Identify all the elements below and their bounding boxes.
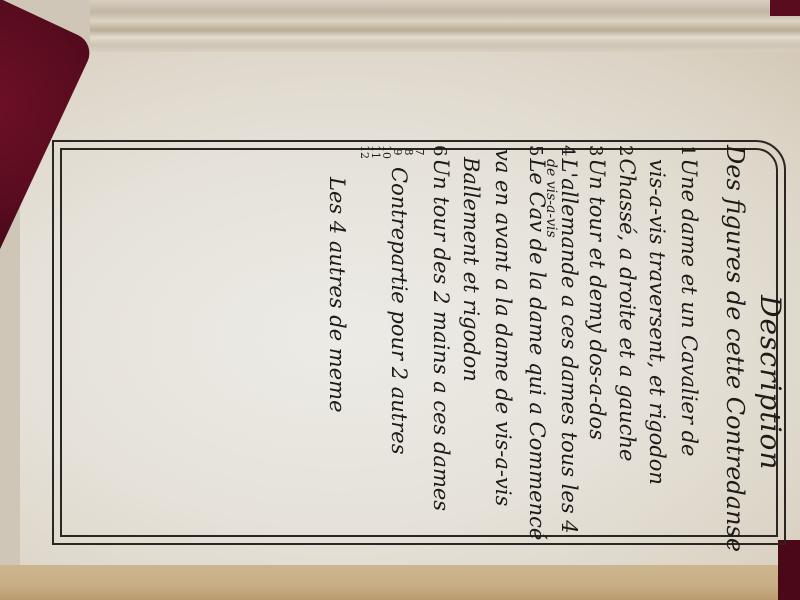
red-fabric-corner-bottom (778, 540, 800, 600)
figure-line: 5Le Cav de la dame qui a Commencé (525, 145, 549, 540)
description-text-block: Description Des figures de cette Contred… (255, 145, 775, 545)
figure-line: 2Chassé, a droite et a gauche (615, 145, 639, 461)
figure-line: 6Un tour des 2 mains a ces dames (429, 145, 453, 511)
page-stack-edges (90, 0, 800, 60)
page-title: Description (754, 295, 787, 470)
figure-line: va en avant a la dame de vis-a-vis (491, 149, 515, 506)
figure-line: 1Une dame et un Cavalier de (677, 145, 701, 456)
photo-scene: Description Des figures de cette Contred… (0, 0, 800, 600)
figure-line: Les 4 autres de meme (325, 177, 349, 413)
page-subtitle: Des figures de cette Contredanse (721, 145, 749, 552)
figure-line: Ballement et rigodon (459, 157, 483, 382)
red-fabric-corner (770, 0, 800, 16)
figure-line: 4L'allemande a ces dames tous les 4 (557, 145, 581, 534)
facing-page-edge (0, 565, 800, 600)
figure-line: vis-a-vis traversent, et rigodon (645, 159, 669, 485)
figure-line: 3Un tour et demy dos-a-dos (585, 145, 609, 440)
brace-numbers: 7 8 9 10 11 12 (359, 145, 425, 159)
figure-line: Contrepartie pour 2 autres (387, 167, 411, 455)
